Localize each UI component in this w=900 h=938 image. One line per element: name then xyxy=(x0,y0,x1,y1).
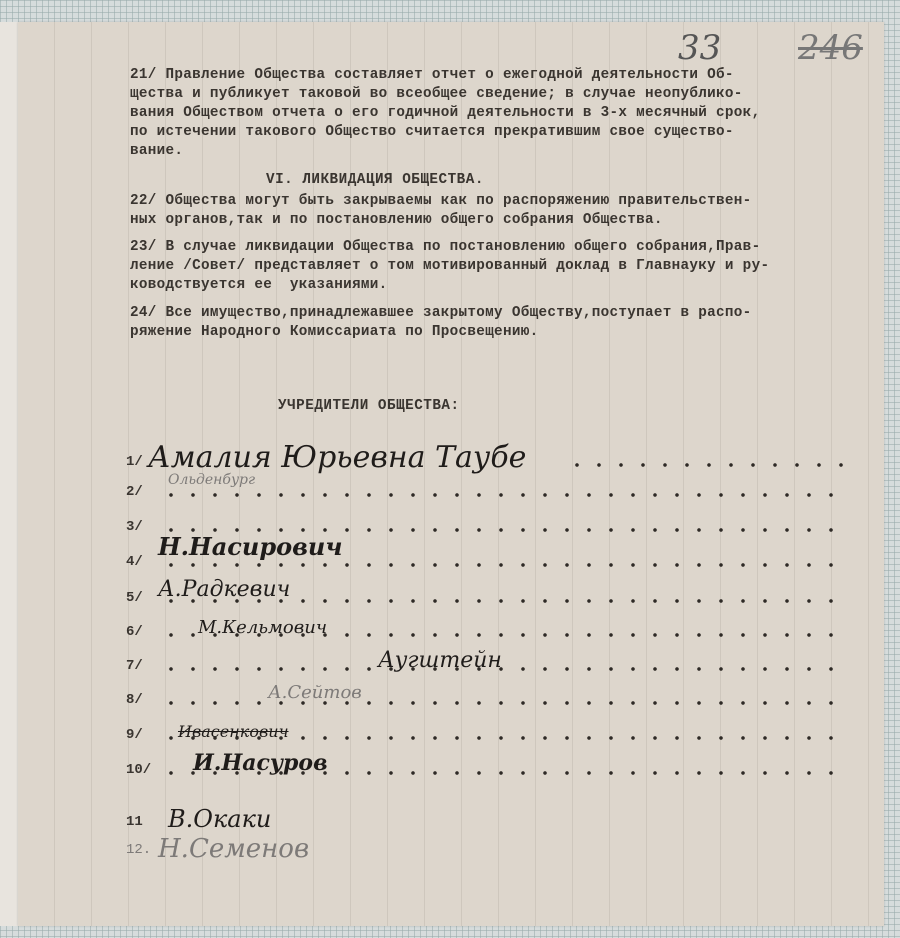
founders-heading: УЧРЕДИТЕЛИ ОБЩЕСТВА: xyxy=(278,398,460,414)
row-number: 6/ xyxy=(126,624,156,640)
paragraph-24: 24/ Все имущество,принадлежавшее закрыто… xyxy=(130,304,900,342)
paragraph-21: 21/ Правление Общества составляет отчет … xyxy=(130,66,900,161)
signature-6: М.Кельмович xyxy=(198,617,327,638)
signature-11: В.Окаки xyxy=(168,805,271,833)
row-number: 7/ xyxy=(126,658,156,674)
paragraph-23: 23/ В случае ликвидации Общества по пост… xyxy=(130,238,900,295)
torn-left-edge xyxy=(0,22,20,926)
row-number: 5/ xyxy=(126,590,156,606)
row-number: 9/ xyxy=(126,727,156,743)
paragraph-22: 22/ Общества могут быть закрываемы как п… xyxy=(130,192,900,230)
row-number: 11 xyxy=(126,814,156,830)
dot-leader xyxy=(566,463,846,467)
folio-struck: 246 xyxy=(798,28,863,68)
row-number: 10/ xyxy=(126,762,156,778)
signature-8: А.Сейтов xyxy=(268,682,362,703)
signature-7: Аугштейн xyxy=(378,648,502,673)
folio-current: 33 xyxy=(678,28,721,68)
dot-leader xyxy=(160,667,846,671)
folio-number: 33 246 xyxy=(678,28,721,68)
row-number: 12. xyxy=(126,842,156,858)
row-number: 4/ xyxy=(126,554,156,570)
dot-leader xyxy=(160,701,846,705)
signature-4: Н.Насирович xyxy=(158,532,342,561)
dot-leader xyxy=(160,493,846,497)
row-number: 3/ xyxy=(126,519,156,535)
signature-9: Ивасенкович xyxy=(178,722,289,741)
signature-5: А.Радкевич xyxy=(158,577,290,602)
document-page: 33 246 21/ Правление Общества составляет… xyxy=(18,22,884,926)
signature-2: Ольденбург xyxy=(168,472,255,488)
signature-1: Амалия Юрьевна Таубе xyxy=(148,440,526,475)
dot-leader xyxy=(160,563,846,567)
section-heading: VI. ЛИКВИДАЦИЯ ОБЩЕСТВА. xyxy=(266,172,484,188)
founder-row: 8/ xyxy=(126,692,846,712)
row-number: 2/ xyxy=(126,484,156,500)
signature-12: Н.Семенов xyxy=(158,834,309,864)
row-number: 8/ xyxy=(126,692,156,708)
signature-10: И.Насуров xyxy=(193,750,328,776)
